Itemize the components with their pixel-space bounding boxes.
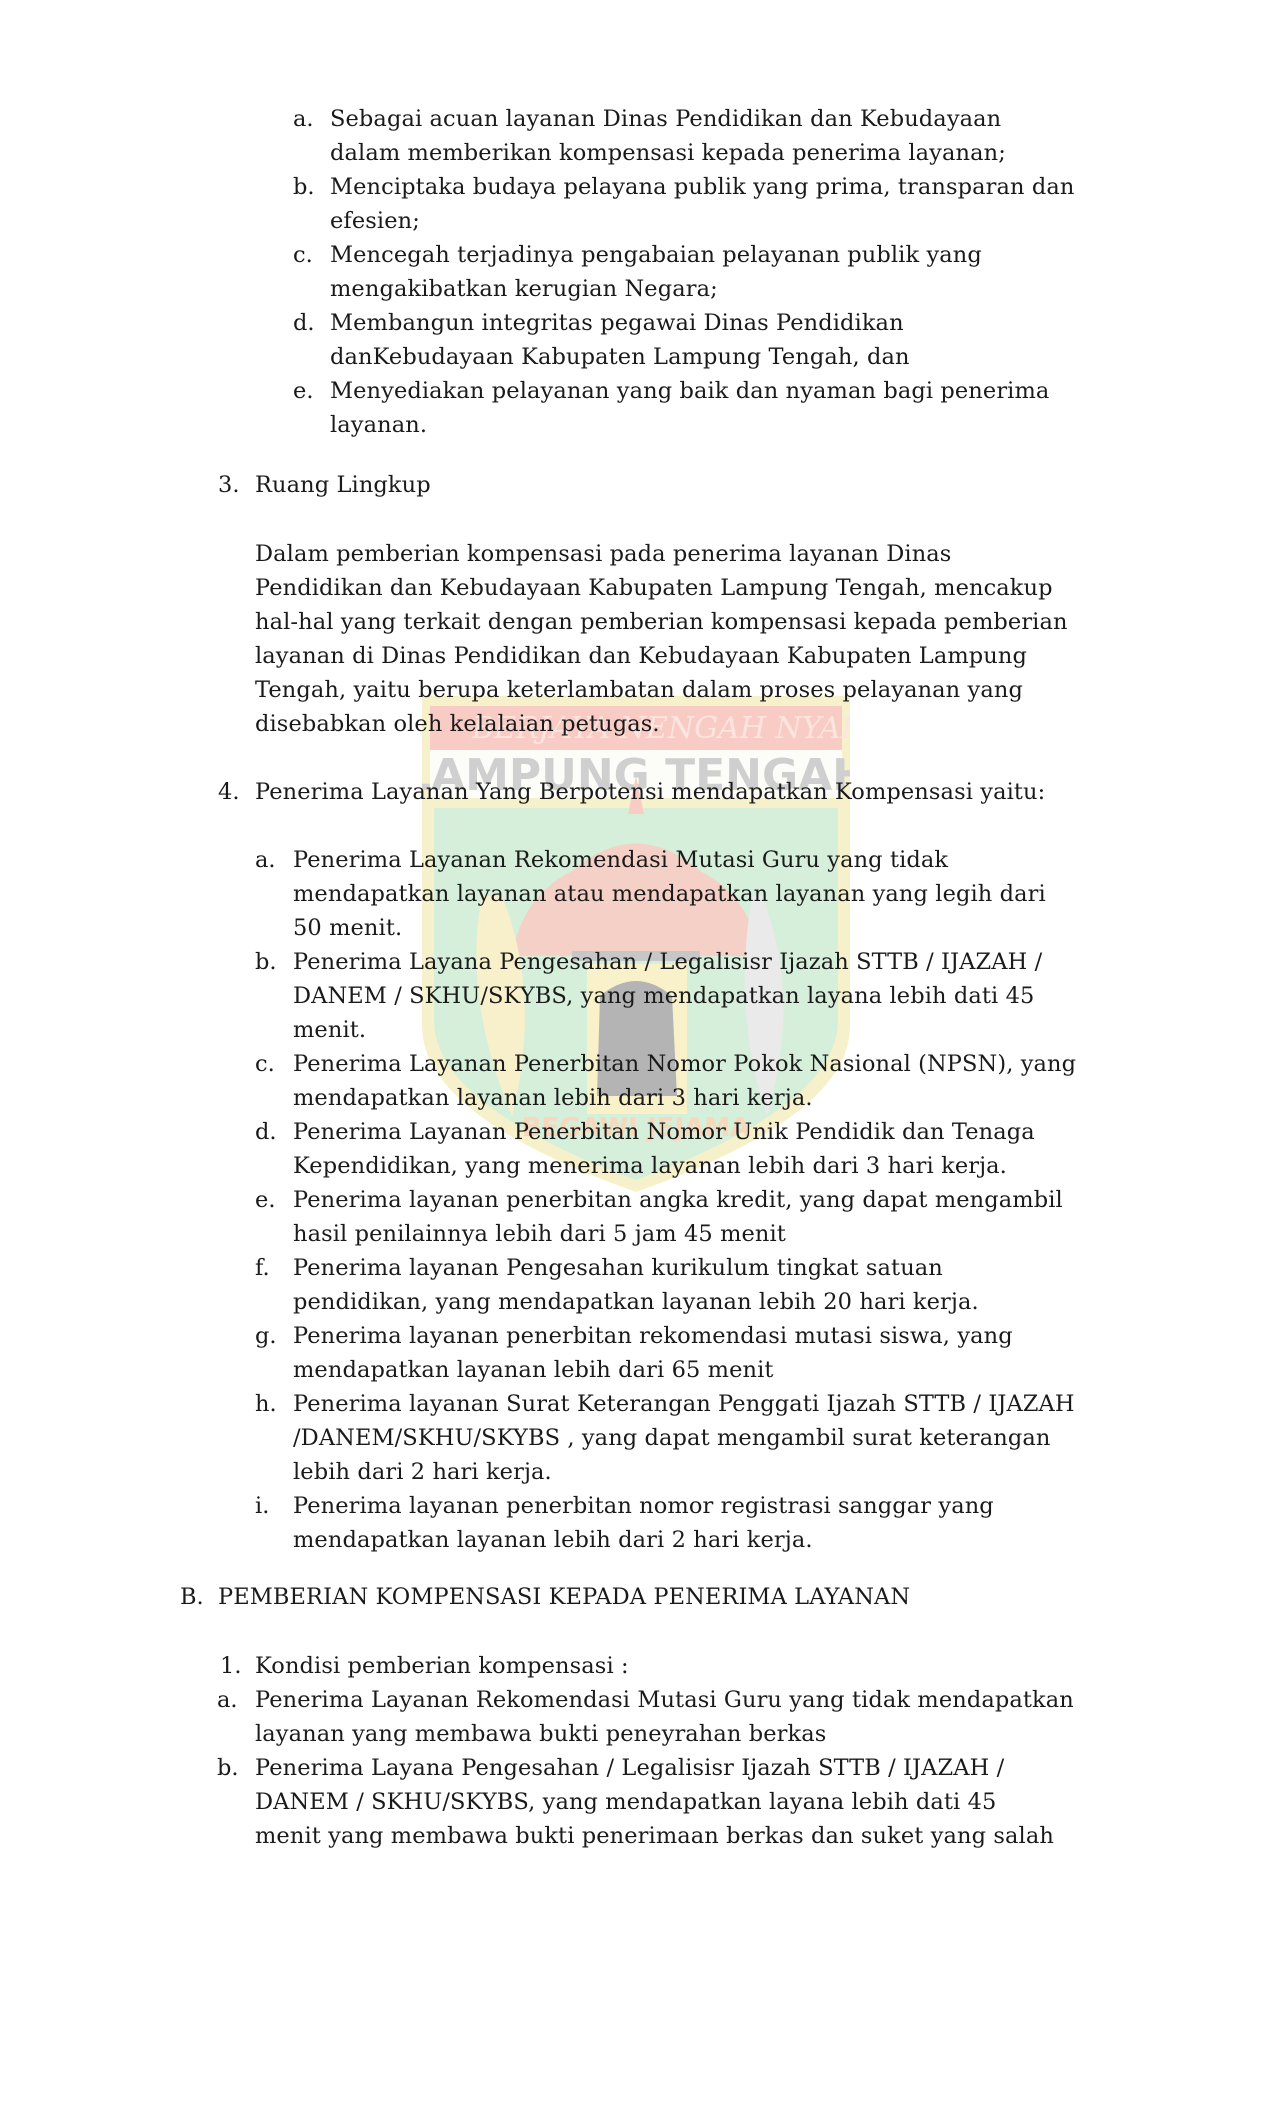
objective-item-text: Membangun integritas pegawai Dinas Pendi… (330, 306, 904, 340)
objective-item-label: e. (293, 374, 313, 408)
objective-item-label: a. (293, 102, 314, 136)
eligible-recipient-item-text: Penerima layanan penerbitan angka kredit… (293, 1183, 1063, 1217)
compensation-condition-item-text: DANEM / SKHU/SKYBS, yang mendapatkan lay… (255, 1785, 996, 1819)
compensation-condition-item-text: Penerima Layana Pengesahan / Legalisisr … (255, 1751, 1004, 1785)
compensation-condition-item-label: a. (217, 1683, 238, 1717)
eligible-recipient-item-label: i. (255, 1489, 269, 1523)
eligible-recipient-item-label: h. (255, 1387, 277, 1421)
scope-paragraph-line: Dalam pemberian kompensasi pada penerima… (255, 537, 951, 571)
eligible-recipient-item-text: Kependidikan, yang menerima layanan lebi… (293, 1149, 1007, 1183)
chapter-letter: B. (180, 1580, 204, 1614)
eligible-recipient-item-label: e. (255, 1183, 275, 1217)
eligible-recipient-item-text: mendapatkan layanan lebih dari 65 menit (293, 1353, 774, 1387)
section-number: 4. (218, 775, 239, 809)
objective-item-text: danKebudayaan Kabupaten Lampung Tengah, … (330, 340, 910, 374)
eligible-recipient-item-text: Penerima Layanan Penerbitan Nomor Pokok … (293, 1047, 1076, 1081)
eligible-recipient-item-label: c. (255, 1047, 275, 1081)
eligible-recipient-item-text: hasil penilainnya lebih dari 5 jam 45 me… (293, 1217, 786, 1251)
scope-paragraph-line: hal-hal yang terkait dengan pemberian ko… (255, 605, 1068, 639)
eligible-recipient-item-text: lebih dari 2 hari kerja. (293, 1455, 552, 1489)
objective-item-text: Menyediakan pelayanan yang baik dan nyam… (330, 374, 1049, 408)
objective-item-text: mengakibatkan kerugian Negara; (330, 272, 718, 306)
eligible-recipient-item-text: Penerima layanan Surat Keterangan Pengga… (293, 1387, 1075, 1421)
eligible-recipient-item-text: 50 menit. (293, 911, 402, 945)
scope-paragraph-line: layanan di Dinas Pendidikan dan Kebudaya… (255, 639, 1027, 673)
objective-item-text: Mencegah terjadinya pengabaian pelayanan… (330, 238, 982, 272)
eligible-recipient-item-text: mendapatkan layanan lebih dari 3 hari ke… (293, 1081, 813, 1115)
objective-item-text: Sebagai acuan layanan Dinas Pendidikan d… (330, 102, 1001, 136)
eligible-recipient-item-text: /DANEM/SKHU/SKYBS , yang dapat mengambil… (293, 1421, 1050, 1455)
section-heading: Penerima Layanan Yang Berpotensi mendapa… (255, 775, 1045, 809)
eligible-recipient-item-label: a. (255, 843, 276, 877)
subsection-number: 1. (220, 1649, 241, 1683)
eligible-recipient-item-text: Penerima layanan penerbitan rekomendasi … (293, 1319, 1013, 1353)
objective-item-label: c. (293, 238, 313, 272)
eligible-recipient-item-label: f. (255, 1251, 270, 1285)
eligible-recipient-item-label: g. (255, 1319, 277, 1353)
eligible-recipient-item-text: Penerima Layana Pengesahan / Legalisisr … (293, 945, 1042, 979)
section-number: 3. (218, 468, 239, 502)
eligible-recipient-item-text: DANEM / SKHU/SKYBS, yang mendapatkan lay… (293, 979, 1034, 1013)
objective-item-label: d. (293, 306, 315, 340)
eligible-recipient-item-text: pendidikan, yang mendapatkan layanan leb… (293, 1285, 979, 1319)
objective-item-text: layanan. (330, 408, 427, 442)
objective-item-text: efesien; (330, 204, 420, 238)
compensation-condition-item-text: layanan yang membawa bukti peneyrahan be… (255, 1717, 826, 1751)
eligible-recipient-item-text: mendapatkan layanan atau mendapatkan lay… (293, 877, 1046, 911)
compensation-condition-item-label: b. (217, 1751, 239, 1785)
eligible-recipient-item-text: menit. (293, 1013, 366, 1047)
section-heading: Ruang Lingkup (255, 468, 431, 502)
chapter-heading: PEMBERIAN KOMPENSASI KEPADA PENERIMA LAY… (218, 1580, 910, 1614)
scope-paragraph-line: disebabkan oleh kelalaian petugas. (255, 707, 660, 741)
eligible-recipient-item-label: d. (255, 1115, 277, 1149)
subsection-heading: Kondisi pemberian kompensasi : (255, 1649, 629, 1683)
scope-paragraph-line: Tengah, yaitu berupa keterlambatan dalam… (255, 673, 1023, 707)
eligible-recipient-item-text: Penerima Layanan Penerbitan Nomor Unik P… (293, 1115, 1035, 1149)
compensation-condition-item-text: menit yang membawa bukti penerimaan berk… (255, 1819, 1054, 1853)
eligible-recipient-item-label: b. (255, 945, 277, 979)
eligible-recipient-item-text: mendapatkan layanan lebih dari 2 hari ke… (293, 1523, 813, 1557)
objective-item-text: dalam memberikan kompensasi kepada pener… (330, 136, 1006, 170)
eligible-recipient-item-text: Penerima layanan Pengesahan kurikulum ti… (293, 1251, 943, 1285)
objective-item-label: b. (293, 170, 315, 204)
eligible-recipient-item-text: Penerima Layanan Rekomendasi Mutasi Guru… (293, 843, 948, 877)
scope-paragraph-line: Pendidikan dan Kebudayaan Kabupaten Lamp… (255, 571, 1053, 605)
objective-item-text: Menciptaka budaya pelayana publik yang p… (330, 170, 1074, 204)
eligible-recipient-item-text: Penerima layanan penerbitan nomor regist… (293, 1489, 994, 1523)
compensation-condition-item-text: Penerima Layanan Rekomendasi Mutasi Guru… (255, 1683, 1074, 1717)
